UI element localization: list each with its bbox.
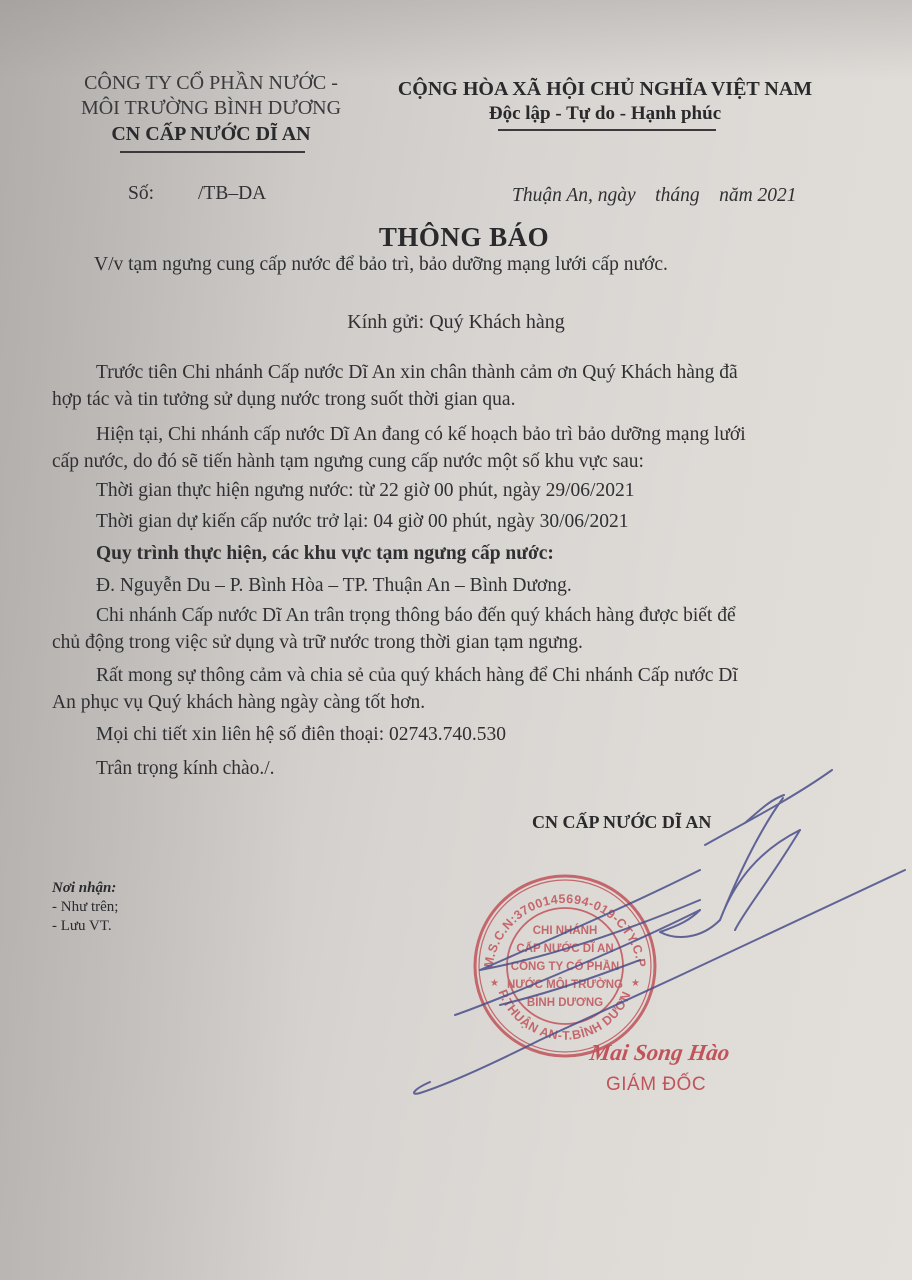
handwritten-signature-icon: [0, 0, 912, 1280]
